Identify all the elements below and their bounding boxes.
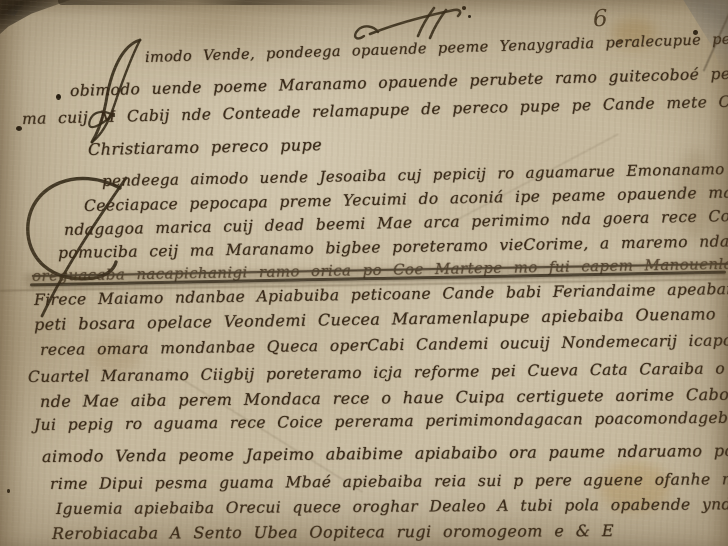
torn-corner-dark <box>0 0 70 34</box>
folio-number: 6 <box>592 6 608 33</box>
ink-speck <box>56 94 61 100</box>
ink-speck <box>16 126 22 131</box>
manuscript-line: Rerobiacaba A Sento Ubea Oopiteca rugi o… <box>52 521 614 543</box>
manuscript-line: Jui pepig ro aguama rece Coice pererama … <box>34 409 728 434</box>
paper-edge-tear <box>58 0 398 5</box>
manuscript-line: peti bosara opelace Veondemi Cuecea Mara… <box>34 304 728 334</box>
manuscript-line: recea omara mondanbae Queca operCabi Can… <box>40 331 728 359</box>
manuscript-line: Christiaramo pereco pupe <box>88 135 322 159</box>
manuscript-line: nde Mae aiba perem Mondaca rece o haue C… <box>40 385 728 411</box>
manuscript-line: Iguemia apiebaiba Orecui quece oroghar D… <box>56 495 728 518</box>
manuscript-page: 6 imodo Vende, pondeega opauende peeme Y… <box>0 0 728 546</box>
ink-speck <box>7 489 10 493</box>
